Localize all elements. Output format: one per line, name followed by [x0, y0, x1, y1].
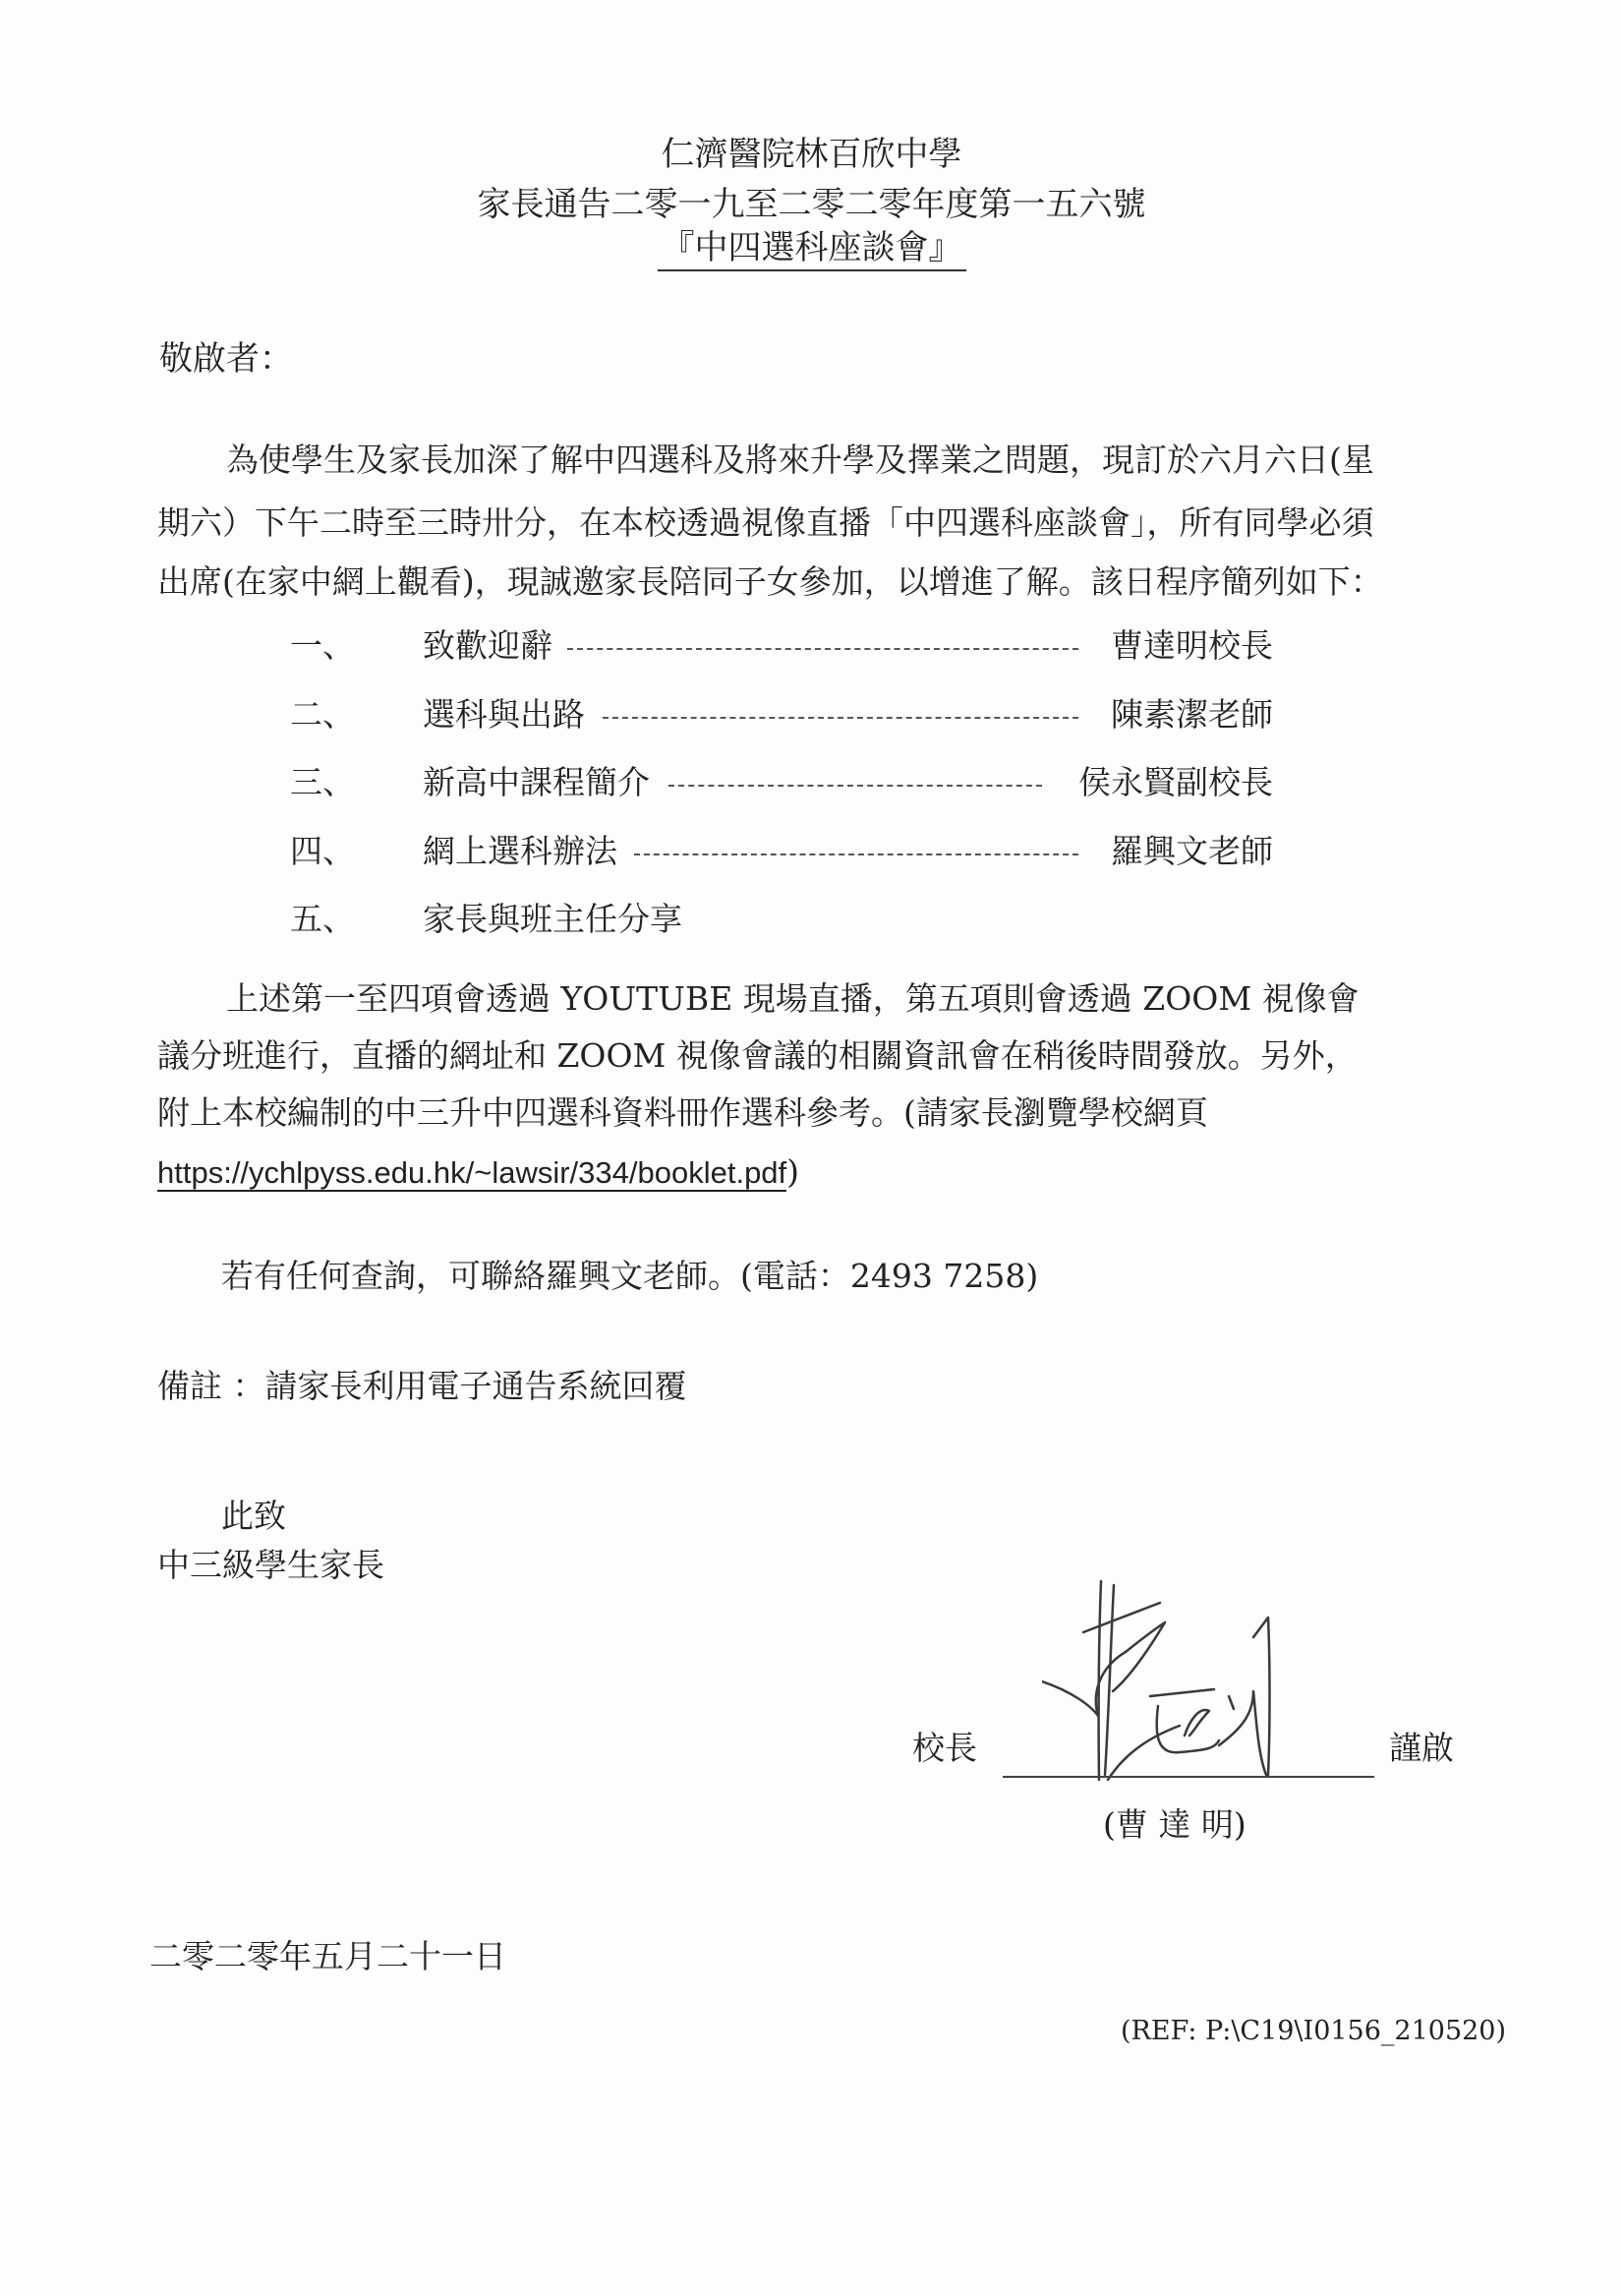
details-url-line: https://ychlpyss.edu.hk/~lawsir/334/book…	[157, 1152, 799, 1193]
leader-dots	[634, 854, 1078, 855]
programme-title: 選科與出路	[423, 695, 585, 735]
programme-speaker: 羅興文老師	[1111, 832, 1273, 871]
enquiry-text: 若有任何查詢，可聯絡羅興文老師。(電話：2493 7258)	[221, 1257, 1038, 1296]
intro-line: 為使學生及家長加深了解中四選科及將來升學及擇業之問題，現訂於六月六日(星	[226, 441, 1374, 480]
details-line: 附上本校編制的中三升中四選科資料冊作選科參考。(請家長瀏覽學校網頁	[157, 1093, 1208, 1133]
notice-date: 二零二零年五月二十一日	[149, 1937, 506, 1976]
school-name: 仁濟醫院林百欣中學	[0, 135, 1623, 174]
programme-title: 網上選科辦法	[423, 832, 617, 871]
programme-number: 一、	[290, 626, 355, 666]
booklet-link[interactable]: https://ychlpyss.edu.hk/~lawsir/334/book…	[157, 1155, 786, 1192]
notice-title-text: 『中四選科座談會』	[658, 228, 966, 271]
notice-title: 『中四選科座談會』	[0, 228, 1623, 271]
leader-dots	[567, 648, 1078, 650]
programme-number: 五、	[290, 900, 355, 939]
programme-speaker: 曹達明校長	[1111, 626, 1273, 666]
notice-number: 家長通告二零一九至二零二零年度第一五六號	[0, 185, 1623, 224]
programme-item: 二、 選科與出路 陳素潔老師	[290, 695, 1273, 738]
intro-line: 期六）下午二時至三時卅分，在本校透過視像直播「中四選科座談會」，所有同學必須	[157, 503, 1374, 543]
leader-dots	[603, 717, 1078, 719]
programme-number: 四、	[290, 832, 355, 871]
principal-name: (曹 達 明)	[1103, 1805, 1246, 1845]
closing-respectfully: 謹啟	[1389, 1729, 1454, 1768]
programme-item: 四、 網上選科辦法 羅興文老師	[290, 832, 1273, 875]
salutation: 敬啟者：	[159, 339, 293, 379]
intro-line: 出席(在家中網上觀看)，現誠邀家長陪同子女參加，以增進了解。該日程序簡列如下：	[157, 562, 1383, 602]
signature-icon	[1042, 1573, 1337, 1790]
programme-item: 五、 家長與班主任分享	[290, 900, 1273, 943]
programme-title: 致歡迎辭	[423, 626, 552, 666]
principal-title: 校長	[912, 1729, 977, 1768]
details-line: 議分班進行，直播的網址和 ZOOM 視像會議的相關資訊會在稍後時間發放。另外，	[157, 1036, 1358, 1076]
details-line: 上述第一至四項會透過 YOUTUBE 現場直播，第五項則會透過 ZOOM 視像會	[226, 979, 1360, 1019]
notice-page: 仁濟醫院林百欣中學 家長通告二零一九至二零二零年度第一五六號 『中四選科座談會』…	[0, 0, 1623, 2296]
programme-speaker: 侯永賢副校長	[1078, 763, 1273, 802]
programme-title: 家長與班主任分享	[423, 900, 682, 939]
url-suffix: )	[786, 1152, 799, 1191]
programme-number: 二、	[290, 695, 355, 735]
closing-phrase: 此致	[221, 1497, 286, 1536]
reference-code: (REF: P:\C19\I0156_210520)	[1121, 2016, 1506, 2046]
programme-speaker: 陳素潔老師	[1111, 695, 1273, 735]
remark-text: 備註 ：請家長利用電子通告系統回覆	[157, 1367, 687, 1406]
programme-title: 新高中課程簡介	[423, 763, 650, 802]
programme-item: 三、 新高中課程簡介 侯永賢副校長	[290, 763, 1273, 806]
programme-item: 一、 致歡迎辭 曹達明校長	[290, 626, 1273, 670]
recipient: 中三級學生家長	[157, 1546, 384, 1585]
leader-dots	[668, 785, 1042, 787]
signature-line	[1003, 1776, 1374, 1778]
programme-number: 三、	[290, 763, 355, 802]
